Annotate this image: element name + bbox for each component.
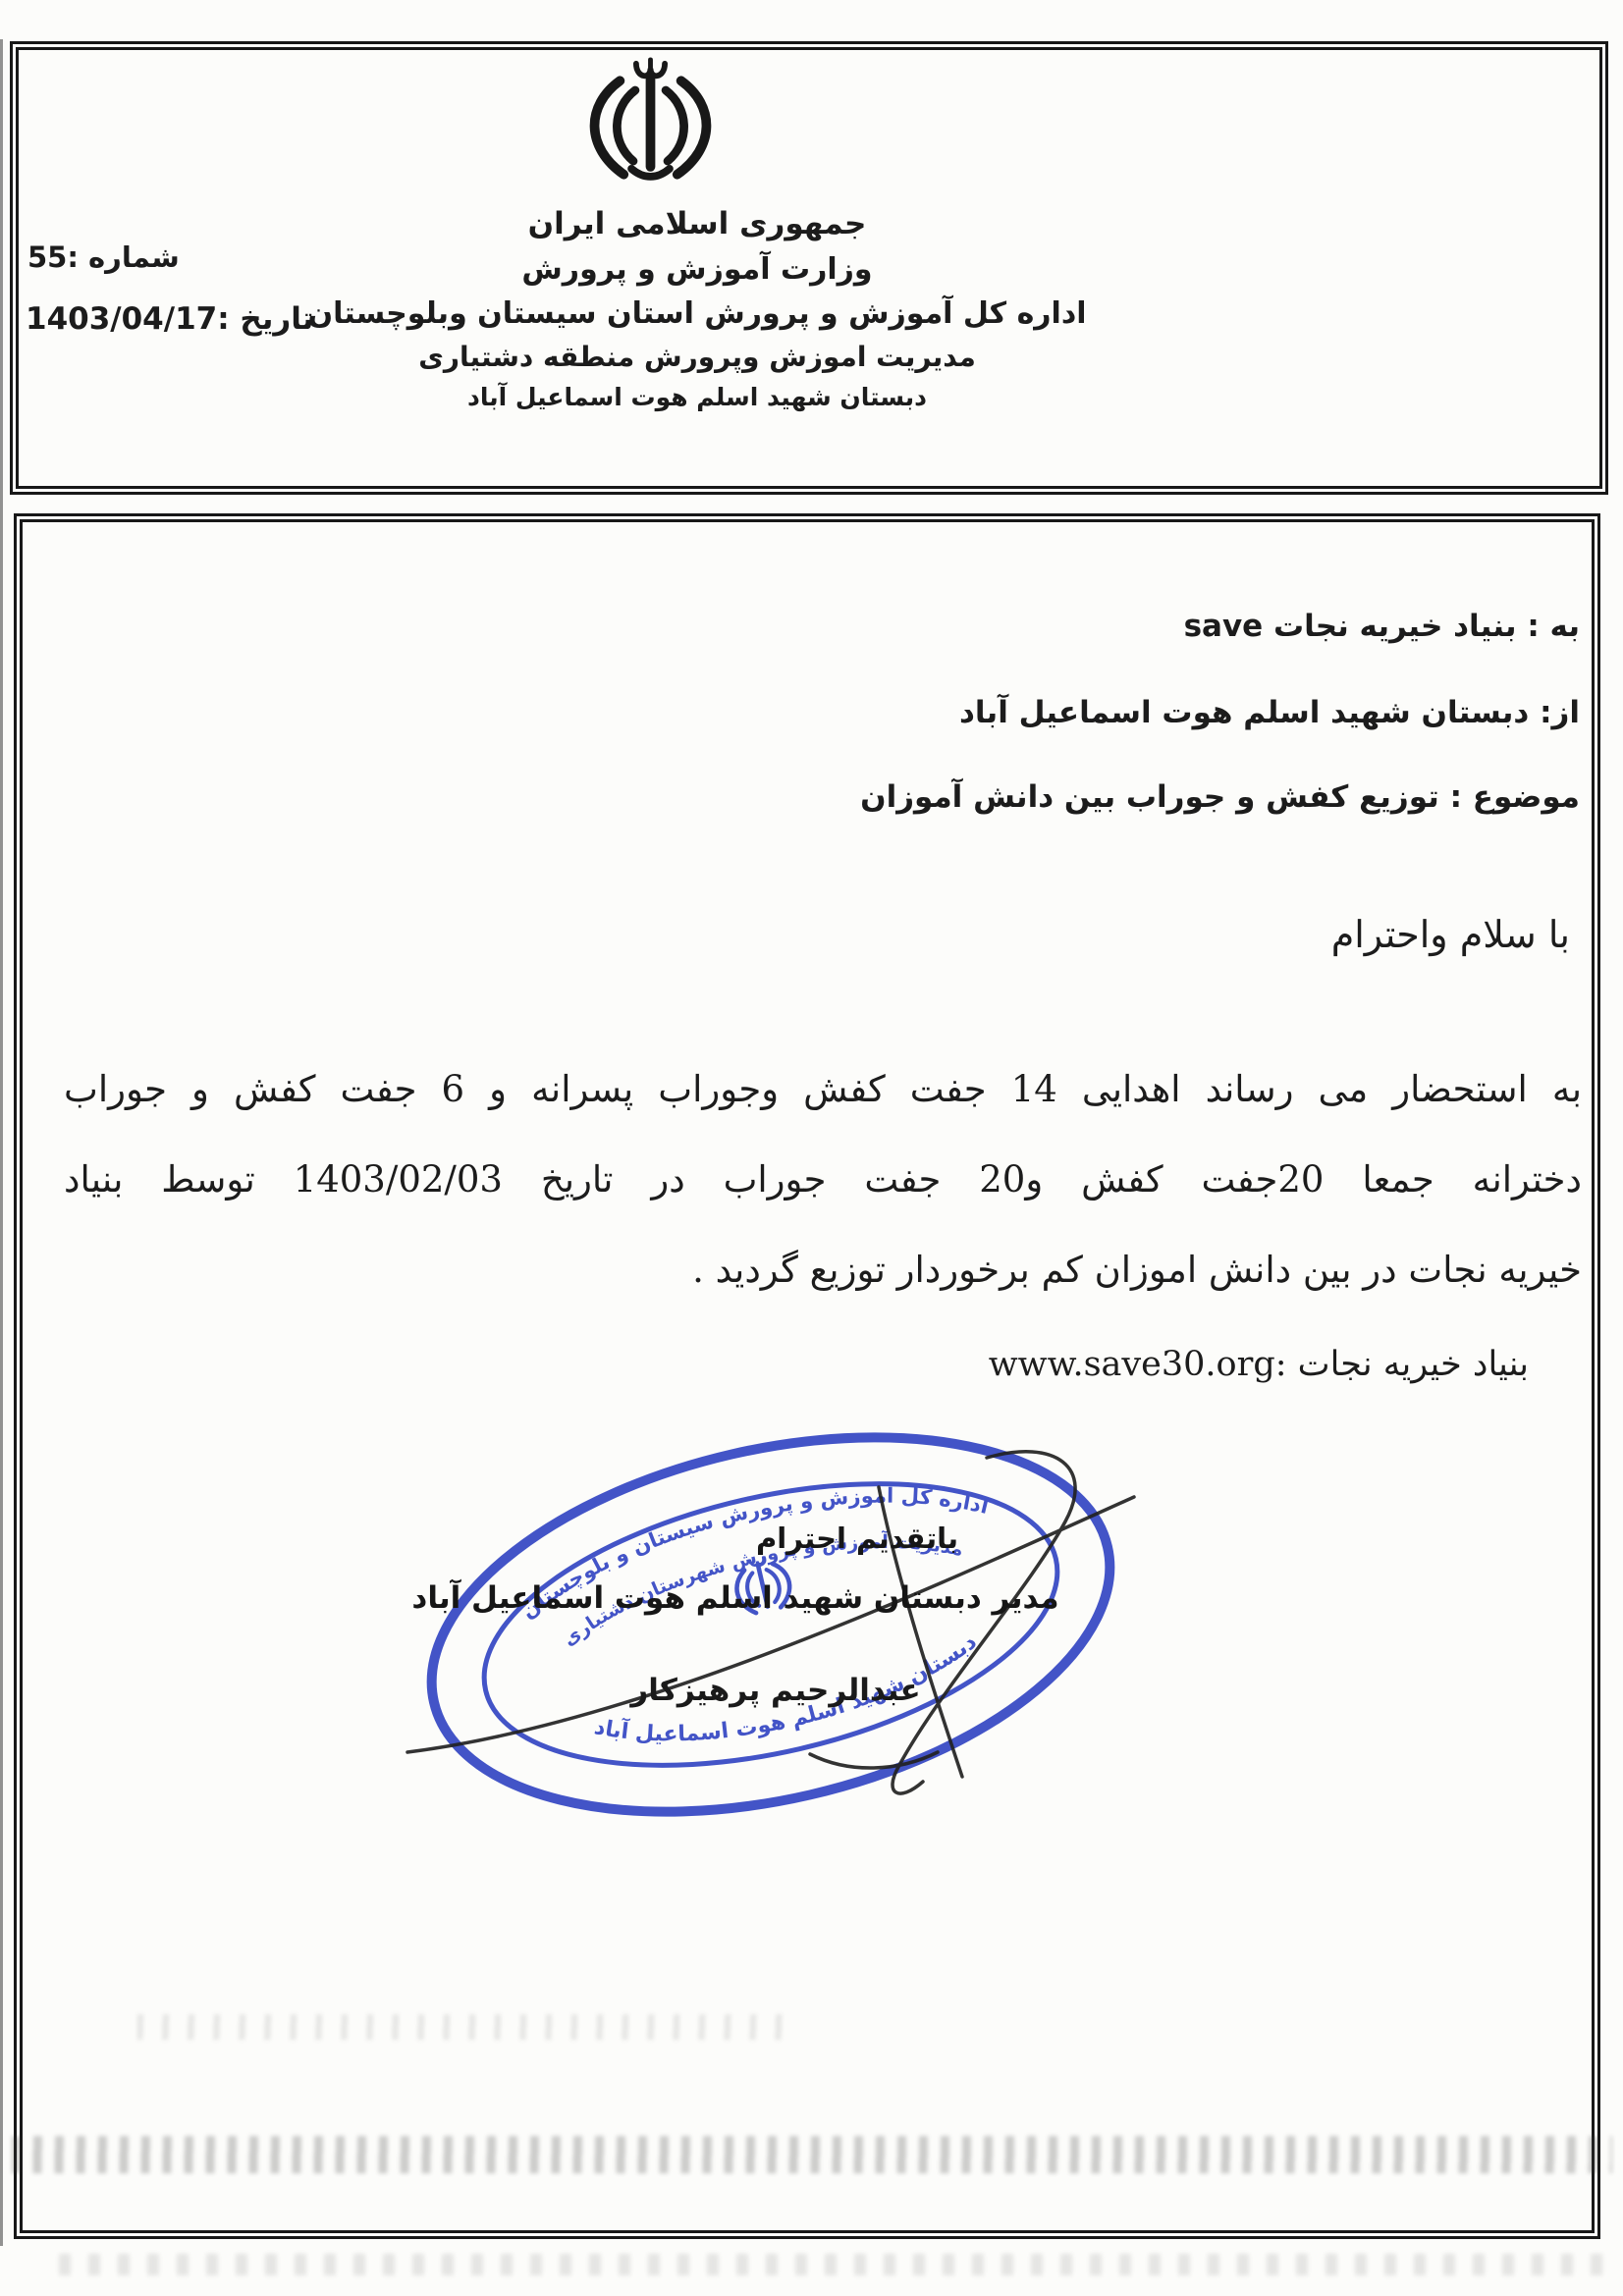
scan-smudge xyxy=(137,2014,785,2040)
signature-name: عبدالرحیم پرهیزکار xyxy=(550,1673,1001,1708)
scan-smudge xyxy=(59,2254,1620,2275)
scan-smudge xyxy=(12,2136,1612,2173)
body-text-line: به استحضار می رساند اهدایی 14 جفت کفش وج… xyxy=(64,1068,1582,1110)
org-line-school: دبستان شهید اسلم هوت اسماعیل آباد xyxy=(108,378,1286,416)
body-text-line: دخترانه جمعا 20جفت کفش و20 جفت جوراب در … xyxy=(64,1158,1582,1201)
body-text-line: خیریه نجات در بین دانش اموزان کم برخوردا… xyxy=(64,1249,1582,1291)
scan-edge-shadow xyxy=(0,39,3,2246)
signature-title: مدیر دبستان شهید اسلم هوت اسماعیل آباد xyxy=(369,1580,1102,1616)
to-line: به : بنیاد خیریه نجات save xyxy=(1184,609,1580,644)
from-line: از: دبستان شهید اسلم هوت اسماعیل آباد xyxy=(959,695,1580,730)
letter-body-box: به : بنیاد خیریه نجات save از: دبستان شه… xyxy=(14,513,1600,2239)
subject-line: موضوع : توزیع کفش و جوراب بین دانش آموزا… xyxy=(860,779,1580,815)
letter-date: تاریخ :1403/04/17 xyxy=(26,301,314,337)
org-line-country: جمهوری اسلامی ایران xyxy=(108,201,1286,247)
signature-closing: باتقدیم احترام xyxy=(687,1522,1027,1555)
org-line-ministry: وزارت آموزش و پرورش xyxy=(108,247,1286,292)
iran-emblem-icon xyxy=(555,56,746,199)
charity-website-line: بنیاد خیریه نجات :www.save30.org xyxy=(989,1345,1529,1384)
letter-number: شماره :55 xyxy=(27,240,180,274)
org-line-district-office: مدیریت اموزش وپرورش منطقه دشتیاری xyxy=(108,336,1286,378)
school-stamp: اداره کل آموزش و پرورش سیستان و بلوچستان… xyxy=(388,1428,1154,1821)
scanned-letter-page: جمهوری اسلامی ایران وزارت آموزش و پرورش … xyxy=(0,0,1623,2296)
letterhead-box: جمهوری اسلامی ایران وزارت آموزش و پرورش … xyxy=(10,41,1608,495)
salutation-line: با سلام واحترام xyxy=(1331,913,1570,956)
